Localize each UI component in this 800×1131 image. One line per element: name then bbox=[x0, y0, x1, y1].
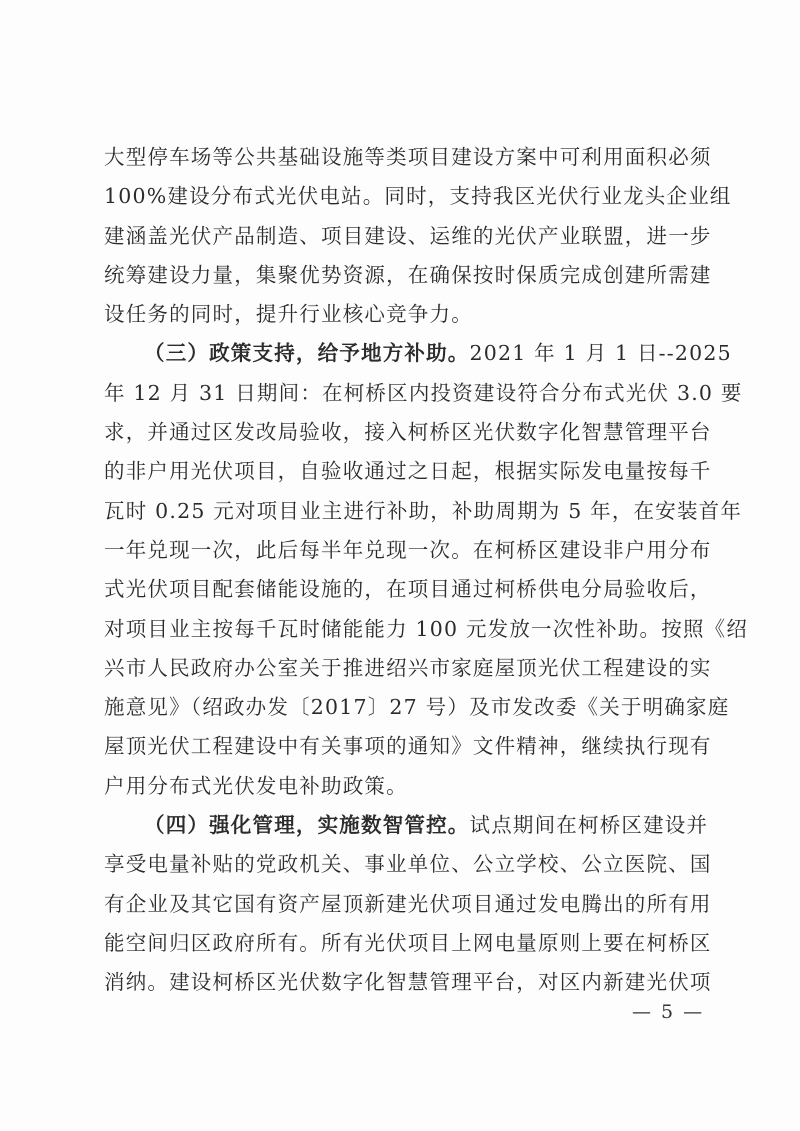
text-line: 统筹建设力量，集聚优势资源，在确保按时保质完成创建所需建 bbox=[104, 256, 700, 295]
section-strengthen-management: （四）强化管理，实施数智管控。试点期间在柯桥区建设并 享受电量补贴的党政机关、事… bbox=[104, 806, 700, 1002]
text-line: 享受电量补贴的党政机关、事业单位、公立学校、公立医院、国 bbox=[104, 845, 700, 884]
text-line: 有企业及其它国有资产屋顶新建光伏项目通过发电腾出的所有用 bbox=[104, 885, 700, 924]
section-heading: （四）强化管理，实施数智管控。 bbox=[144, 813, 470, 837]
section-policy-support: （三）政策支持，给予地方补助。2021 年 1 月 1 日--2025 年 12… bbox=[104, 334, 700, 806]
text-line: 式光伏项目配套储能设施的，在项目通过柯桥供电分局验收后， bbox=[104, 570, 700, 609]
text-line: 能空间归区政府所有。所有光伏项目上网电量原则上要在柯桥区 bbox=[104, 924, 700, 963]
text-line: 瓦时 0.25 元对项目业主进行补助，补助周期为 5 年，在安装首年 bbox=[104, 492, 700, 531]
text-line: 大型停车场等公共基础设施等类项目建设方案中可利用面积必须 bbox=[104, 138, 700, 177]
section-first-line: （三）政策支持，给予地方补助。2021 年 1 月 1 日--2025 bbox=[104, 334, 700, 373]
section-first-line: （四）强化管理，实施数智管控。试点期间在柯桥区建设并 bbox=[104, 806, 700, 845]
text-line: 施意见》（绍政办发〔2017〕27 号）及市发改委《关于明确家庭 bbox=[104, 688, 700, 727]
document-body: 大型停车场等公共基础设施等类项目建设方案中可利用面积必须 100%建设分布式光伏… bbox=[104, 138, 700, 1003]
text-line: 年 12 月 31 日期间：在柯桥区内投资建设符合分布式光伏 3.0 要 bbox=[104, 374, 700, 413]
text-line-rest: 2021 年 1 月 1 日--2025 bbox=[470, 341, 732, 365]
text-line: 对项目业主按每千瓦时储能能力 100 元发放一次性补助。按照《绍 bbox=[104, 610, 700, 649]
text-line: 消纳。建设柯桥区光伏数字化智慧管理平台，对区内新建光伏项 bbox=[104, 963, 700, 1002]
text-line: 的非户用光伏项目，自验收通过之日起，根据实际发电量按每千 bbox=[104, 452, 700, 491]
text-line: 100%建设分布式光伏电站。同时，支持我区光伏行业龙头企业组 bbox=[104, 177, 700, 216]
section-heading: （三）政策支持，给予地方补助。 bbox=[144, 341, 470, 365]
text-line-rest: 试点期间在柯桥区建设并 bbox=[470, 813, 709, 837]
document-page: 大型停车场等公共基础设施等类项目建设方案中可利用面积必须 100%建设分布式光伏… bbox=[0, 0, 800, 1131]
text-line: 户用分布式光伏发电补助政策。 bbox=[104, 767, 700, 806]
text-line: 建涵盖光伏产品制造、项目建设、运维的光伏产业联盟，进一步 bbox=[104, 217, 700, 256]
paragraph-continuation: 大型停车场等公共基础设施等类项目建设方案中可利用面积必须 100%建设分布式光伏… bbox=[104, 138, 700, 334]
page-number: — 5 — bbox=[632, 1001, 704, 1023]
text-line: 兴市人民政府办公室关于推进绍兴市家庭屋顶光伏工程建设的实 bbox=[104, 649, 700, 688]
text-line: 设任务的同时，提升行业核心竞争力。 bbox=[104, 295, 700, 334]
text-line: 一年兑现一次，此后每半年兑现一次。在柯桥区建设非户用分布 bbox=[104, 531, 700, 570]
text-line: 屋顶光伏工程建设中有关事项的通知》文件精神，继续执行现有 bbox=[104, 727, 700, 766]
text-line: 求，并通过区发改局验收，接入柯桥区光伏数字化智慧管理平台 bbox=[104, 413, 700, 452]
